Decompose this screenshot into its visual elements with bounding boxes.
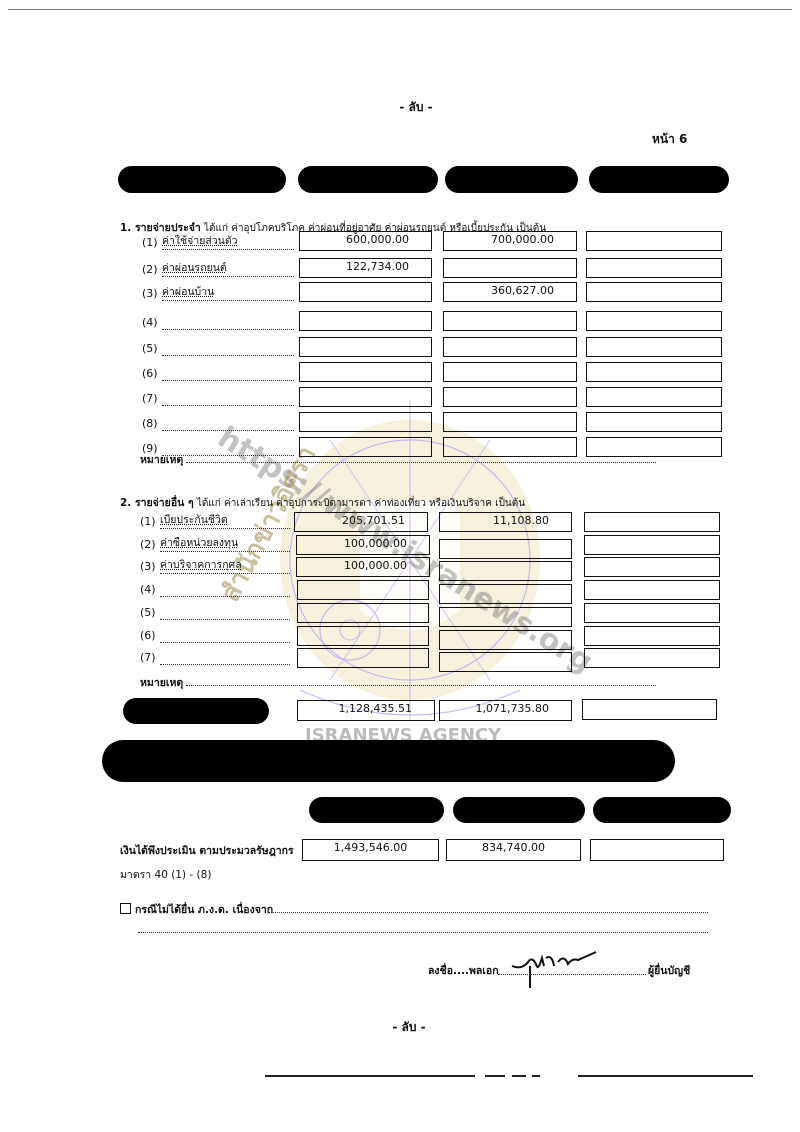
row-label[interactable] <box>160 582 290 597</box>
amount-field-col1[interactable] <box>299 311 432 331</box>
row-label[interactable] <box>160 650 290 665</box>
amount-field-col3[interactable] <box>586 362 722 382</box>
assessable-income-label: เงินได้พึงประเมิน ตามประมวลรัษฎากร <box>120 842 294 859</box>
row-number: (8) <box>142 417 158 430</box>
row-number: (4) <box>140 583 156 596</box>
row-label[interactable] <box>162 341 294 356</box>
amount-field-col1[interactable] <box>299 437 432 457</box>
row-number: (5) <box>142 342 158 355</box>
row-label[interactable]: ค่าผ่อนบ้าน <box>162 286 294 301</box>
row-number: (5) <box>140 606 156 619</box>
amount-field-col2[interactable] <box>443 337 577 357</box>
no-filing-label: กรณีไม่ได้ยื่น ภ.ง.ด. เนื่องจาก <box>135 904 273 916</box>
row-number: (2) <box>142 263 158 276</box>
amount-field-col3[interactable] <box>586 437 722 457</box>
no-filing-reason-line1[interactable] <box>268 911 708 913</box>
page-number: หน้า 6 <box>652 130 687 149</box>
row-number: (7) <box>140 651 156 664</box>
amount-field-col2[interactable] <box>443 258 577 278</box>
classification-header: - ลับ - <box>399 98 432 117</box>
amount-field-col1[interactable]: 205,701.51 <box>294 512 428 532</box>
row-label-text: ค่าใช้จ่ายส่วนตัว <box>162 235 238 247</box>
amount-field-col1[interactable] <box>297 580 429 600</box>
row-label[interactable] <box>162 391 294 406</box>
amount-field-col3[interactable] <box>584 535 720 555</box>
row-number: (7) <box>142 392 158 405</box>
row-number: (1) <box>142 236 158 249</box>
amount-field-col2[interactable] <box>439 539 572 559</box>
redacted-total-label <box>123 698 269 724</box>
amount-field-col1[interactable] <box>299 282 432 302</box>
row-number: (2) <box>140 538 156 551</box>
assessable-income-col3 <box>590 839 724 861</box>
amount-field-col1[interactable]: 600,000.00 <box>299 231 432 251</box>
amount-field-col2[interactable] <box>443 311 577 331</box>
assessable-income-section: มาตรา 40 (1) - (8) <box>120 866 211 883</box>
amount-field-col3[interactable] <box>586 258 722 278</box>
amount-field-col2[interactable] <box>439 561 572 581</box>
footer-rule-4 <box>532 1075 540 1077</box>
row-number: (4) <box>142 316 158 329</box>
redacted-header-2 <box>298 166 438 193</box>
signature-prefix: ลงชื่อ....พลเอก <box>428 962 499 979</box>
amount-field-col3[interactable] <box>586 412 722 432</box>
row-label-text: ค่าซื้อหน่วยลงทุน <box>160 537 238 549</box>
amount-field-col1[interactable] <box>297 648 429 668</box>
scan-top-edge <box>8 9 792 10</box>
no-filing-checkbox[interactable] <box>120 903 131 914</box>
row-label[interactable]: ค่าซื้อหน่วยลงทุน <box>160 537 290 552</box>
row-number: (3) <box>140 560 156 573</box>
amount-field-col3[interactable] <box>584 580 720 600</box>
amount-field-col2[interactable] <box>443 362 577 382</box>
row-label[interactable] <box>160 605 290 620</box>
amount-field-col1[interactable]: 100,000.00 <box>296 535 430 555</box>
row-label[interactable] <box>162 315 294 330</box>
amount-field-col2[interactable] <box>439 652 572 672</box>
row-label[interactable] <box>162 416 294 431</box>
amount-field-col2[interactable]: 11,108.80 <box>439 512 572 532</box>
section2-title-bold: 2. รายจ่ายอื่น ๆ <box>120 497 194 509</box>
redacted-income-header-1 <box>309 797 444 823</box>
section2-remark-line[interactable] <box>186 684 656 686</box>
signature-icon <box>508 944 598 990</box>
amount-field-col1[interactable]: 122,734.00 <box>299 258 432 278</box>
section1-remark-label: หมายเหตุ <box>140 451 183 468</box>
footer-rule-3 <box>512 1075 526 1077</box>
row-number: (6) <box>140 629 156 642</box>
amount-field-col1[interactable] <box>297 626 429 646</box>
section2-remark-label: หมายเหตุ <box>140 674 183 691</box>
amount-field-col2[interactable]: 360,627.00 <box>443 282 577 302</box>
section2-title-desc: ได้แก่ ค่าเล่าเรียน ค่าอุปการะบิดามารดา … <box>197 498 525 509</box>
redacted-header-3 <box>445 166 578 193</box>
amount-field-col1[interactable]: 100,000.00 <box>296 557 430 577</box>
row-label-text: เบี้ยประกันชีวิต <box>160 514 228 526</box>
assessable-income-col2: 834,740.00 <box>446 839 581 861</box>
row-label-text: ค่าผ่อนบ้าน <box>162 286 214 298</box>
footer-rule-5 <box>578 1075 753 1077</box>
amount-field-col1[interactable] <box>299 362 432 382</box>
no-filing-row: กรณีไม่ได้ยื่น ภ.ง.ด. เนื่องจาก <box>120 901 273 918</box>
amount-field-col1[interactable] <box>299 387 432 407</box>
amount-field-col1[interactable] <box>299 412 432 432</box>
amount-field-col1[interactable] <box>299 337 432 357</box>
amount-field-col2[interactable] <box>443 437 577 457</box>
total-col3 <box>582 699 717 720</box>
amount-field-col3[interactable] <box>584 512 720 532</box>
row-number: (3) <box>142 287 158 300</box>
redacted-header-4 <box>589 166 729 193</box>
amount-field-col2[interactable] <box>443 412 577 432</box>
footer-rule-2 <box>485 1075 505 1077</box>
classification-footer: - ลับ - <box>392 1018 425 1037</box>
row-label[interactable]: ค่าบริจาคการกุศล <box>160 559 290 574</box>
row-number: (6) <box>142 367 158 380</box>
amount-field-col2[interactable] <box>443 387 577 407</box>
redacted-section-banner <box>102 740 675 782</box>
amount-field-col3[interactable] <box>586 337 722 357</box>
total-col1: 1,128,435.51 <box>297 700 435 721</box>
amount-field-col3[interactable] <box>584 557 720 577</box>
amount-field-col3[interactable] <box>584 603 720 623</box>
row-label-text: ค่าบริจาคการกุศล <box>160 559 242 571</box>
amount-field-col3[interactable] <box>586 282 722 302</box>
amount-field-col2[interactable] <box>439 584 572 604</box>
amount-field-col3[interactable] <box>586 311 722 331</box>
amount-field-col1[interactable] <box>297 603 429 623</box>
total-col2: 1,071,735.80 <box>439 700 572 721</box>
row-label[interactable]: เบี้ยประกันชีวิต <box>160 514 290 529</box>
redacted-header-1 <box>118 166 286 193</box>
assessable-income-col1: 1,493,546.00 <box>302 839 439 861</box>
row-label[interactable] <box>162 366 294 381</box>
redacted-income-header-3 <box>593 797 731 823</box>
section1-title-bold: 1. รายจ่ายประจำ <box>120 222 201 234</box>
amount-field-col3[interactable] <box>584 648 720 668</box>
signature-suffix: ผู้ยื่นบัญชี <box>648 962 690 979</box>
row-label[interactable]: ค่าผ่อนรถยนต์ <box>162 262 294 277</box>
row-label-text: ค่าผ่อนรถยนต์ <box>162 262 227 274</box>
amount-field-col2[interactable] <box>439 607 572 627</box>
section2-title: 2. รายจ่ายอื่น ๆ ได้แก่ ค่าเล่าเรียน ค่า… <box>120 494 525 511</box>
row-label[interactable]: ค่าใช้จ่ายส่วนตัว <box>162 235 294 250</box>
row-label[interactable] <box>160 628 290 643</box>
amount-field-col3[interactable] <box>586 231 722 251</box>
footer-rule-1 <box>265 1075 475 1077</box>
section1-remark-line[interactable] <box>186 461 656 463</box>
amount-field-col2[interactable] <box>439 630 572 650</box>
row-number: (1) <box>140 515 156 528</box>
amount-field-col3[interactable] <box>586 387 722 407</box>
amount-field-col3[interactable] <box>584 626 720 646</box>
no-filing-reason-line2[interactable] <box>138 931 708 933</box>
redacted-income-header-2 <box>453 797 585 823</box>
amount-field-col2[interactable]: 700,000.00 <box>443 231 577 251</box>
